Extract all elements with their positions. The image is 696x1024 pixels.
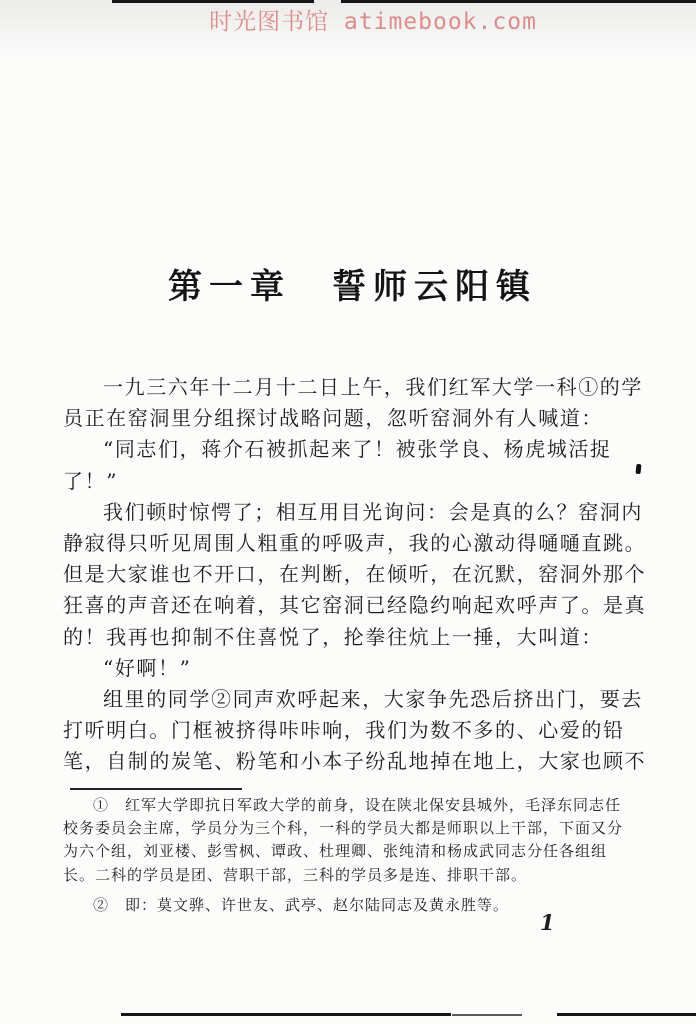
- footnotes: ① 红军大学即抗日军政大学的前身，设在陕北保安县城外，毛泽东同志任 校务委员会主…: [63, 794, 645, 917]
- body-line: 狂喜的声音还在响着，其它窑洞已经隐约响起欢呼声了。是真: [63, 590, 637, 621]
- body-line: 我们顿时惊愕了；相互用目光询问：会是真的么？窑洞内: [63, 497, 637, 528]
- body-line: 但是大家谁也不开口，在判断，在倾听，在沉默，窑洞外那个: [63, 559, 637, 590]
- footnote-line: 校务委员会主席，学员分为三个科，一科的学员大都是师职以上干部，下面又分: [63, 817, 645, 840]
- body-line: 的！我再也抑制不住喜悦了，抡拳往炕上一捶，大叫道：: [63, 622, 637, 653]
- body-text: 一九三六年十二月十二日上午，我们红军大学一科①的学 员正在窑洞里分组探讨战略问题…: [63, 372, 637, 777]
- body-line: “好啊！”: [63, 653, 637, 684]
- body-line: 了！”: [63, 466, 637, 497]
- scan-ink-speck: [635, 464, 641, 474]
- footnote-line: ② 即：莫文骅、许世友、武亭、赵尔陆同志及黄永胜等。: [63, 894, 645, 917]
- page-number: 1: [540, 910, 555, 935]
- body-line: 员正在窑洞里分组探讨战略问题，忽听窑洞外有人喊道：: [63, 403, 637, 434]
- footnote-line: ① 红军大学即抗日军政大学的前身，设在陕北保安县城外，毛泽东同志任: [63, 794, 645, 817]
- body-line: 静寂得只听见周围人粗重的呼吸声，我的心激动得嗵嗵直跳。: [63, 528, 637, 559]
- scan-edge-line-bottom-right: [557, 1013, 696, 1016]
- footnote-separator: [70, 788, 242, 790]
- footnote-line: 为六个组，刘亚楼、彭雪枫、谭政、杜理卿、张纯清和杨成武同志分任各组组: [63, 840, 645, 863]
- body-line: 笔，自制的炭笔、粉笔和小本子纷乱地掉在地上，大家也顾不: [63, 746, 637, 777]
- scan-edge-line-bottom-middle: [452, 1014, 522, 1016]
- body-line: 一九三六年十二月十二日上午，我们红军大学一科①的学: [63, 372, 637, 403]
- scan-edge-line-bottom-left: [121, 1013, 451, 1016]
- body-line: 打听明白。门框被挤得咔咔响，我们为数不多的、心爱的铅: [63, 715, 637, 746]
- body-line: 组里的同学②同声欢呼起来，大家争先恐后挤出门，要去: [63, 684, 637, 715]
- body-line: “同志们，蒋介石被抓起来了！被张学良、杨虎城活捉: [63, 434, 637, 465]
- watermark: 时光图书馆 atimebook.com: [0, 3, 696, 36]
- book-page-scan: 时光图书馆 atimebook.com 第一章 誓师云阳镇 一九三六年十二月十二…: [0, 0, 696, 1024]
- chapter-title: 第一章 誓师云阳镇: [168, 259, 537, 308]
- footnote-line: 长。二科的学员是团、营职干部，三科的学员多是连、排职干部。: [63, 864, 645, 887]
